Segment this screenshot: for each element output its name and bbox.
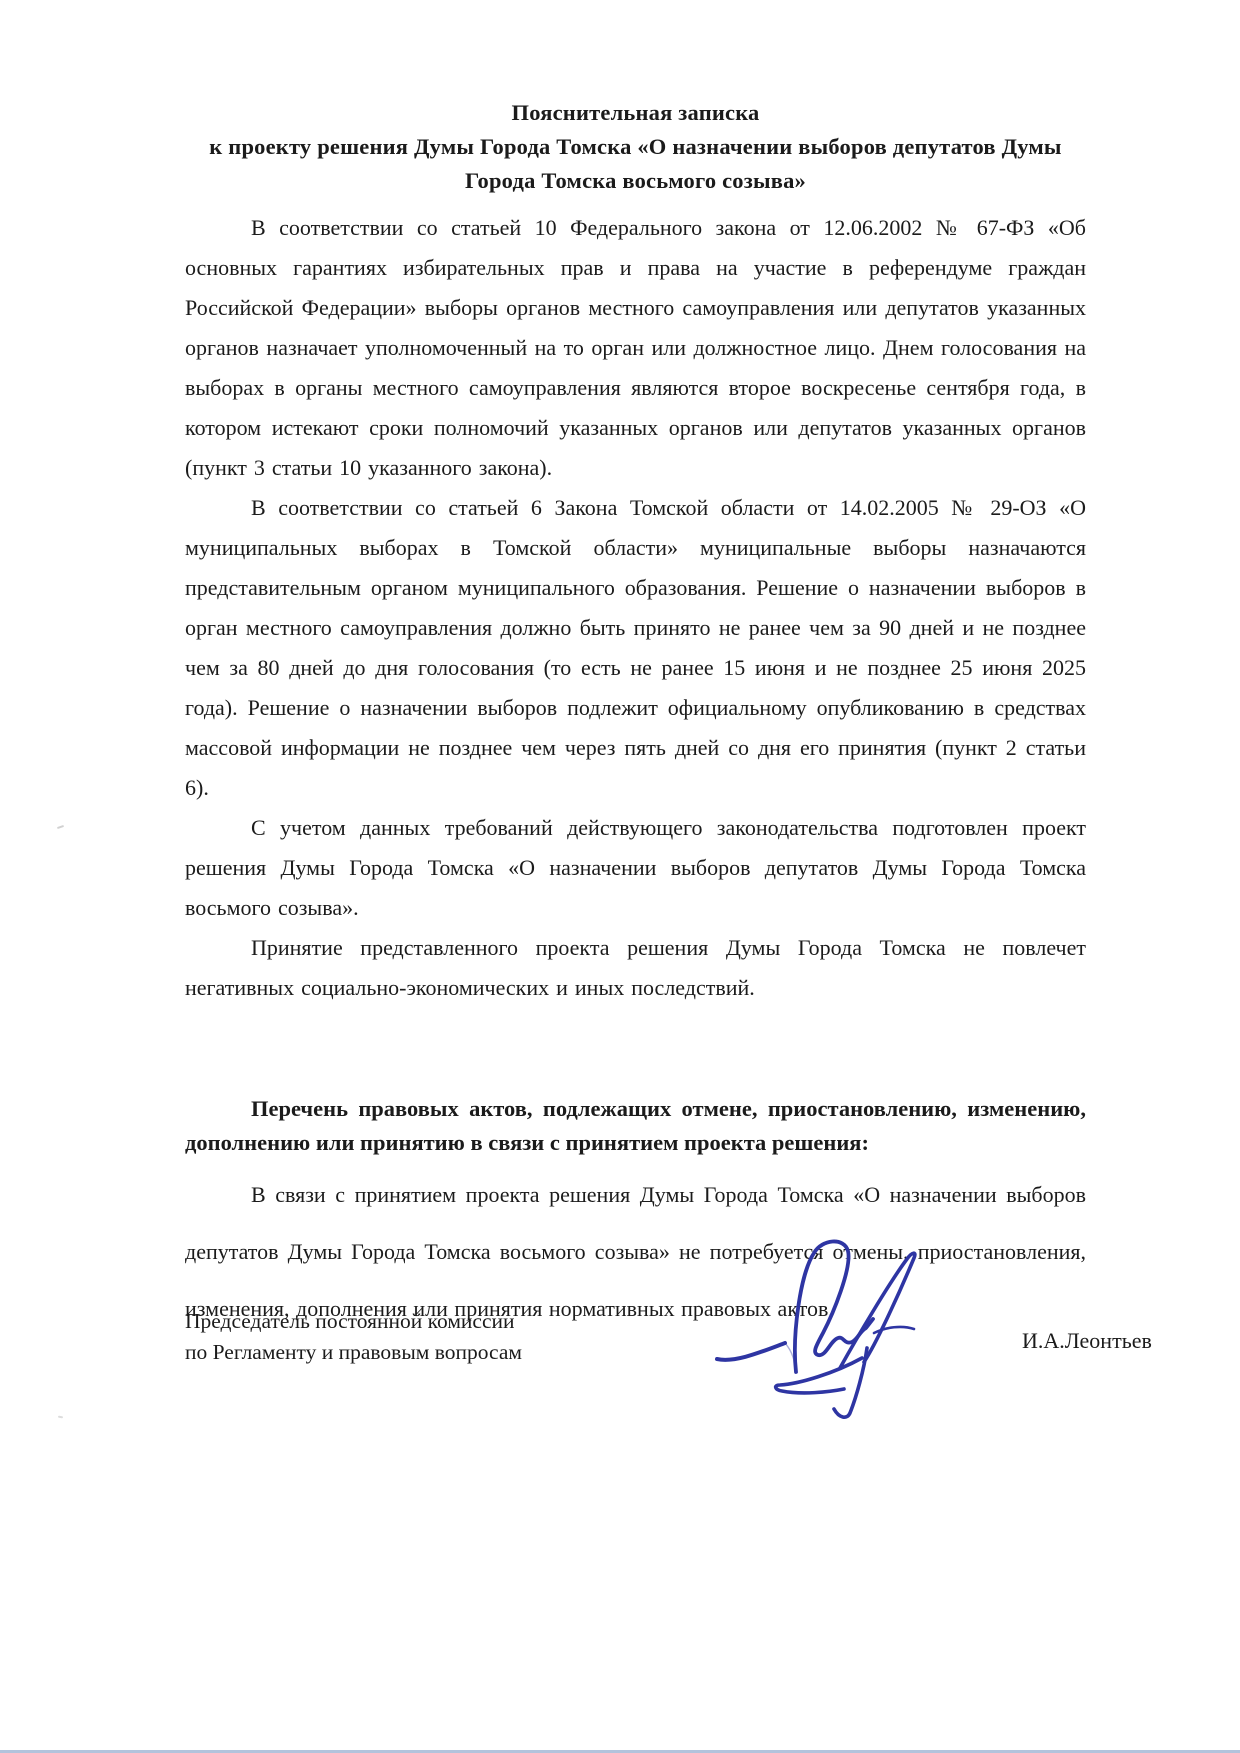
- title-line-1: Пояснительная записка: [185, 96, 1086, 130]
- signatory-position-line-2: по Регламенту и правовым вопросам: [185, 1337, 522, 1368]
- signatory-name: И.А.Леонтьев: [1022, 1328, 1152, 1354]
- body-paragraph-1: В соответствии со статьей 10 Федеральног…: [185, 208, 1086, 488]
- document-page: Пояснительная записка к проекту решения …: [0, 0, 1240, 1753]
- signatory-position-line-1: Председатель постоянной комиссии: [185, 1306, 522, 1337]
- title-line-2: к проекту решения Думы Города Томска «О …: [185, 130, 1086, 198]
- scan-speck: [58, 1416, 63, 1419]
- scan-speck: [57, 825, 64, 829]
- acts-section-heading: Перечень правовых актов, подлежащих отме…: [185, 1092, 1086, 1160]
- body-paragraph-2: В соответствии со статьей 6 Закона Томск…: [185, 488, 1086, 808]
- body-paragraph-3: С учетом данных требований действующего …: [185, 808, 1086, 928]
- signatory-position: Председатель постоянной комиссии по Регл…: [185, 1306, 522, 1368]
- document-content: Пояснительная записка к проекту решения …: [185, 96, 1086, 1337]
- document-title: Пояснительная записка к проекту решения …: [185, 96, 1086, 198]
- signature-ink-icon: [703, 1232, 943, 1432]
- body-paragraph-4: Принятие представленного проекта решения…: [185, 928, 1086, 1008]
